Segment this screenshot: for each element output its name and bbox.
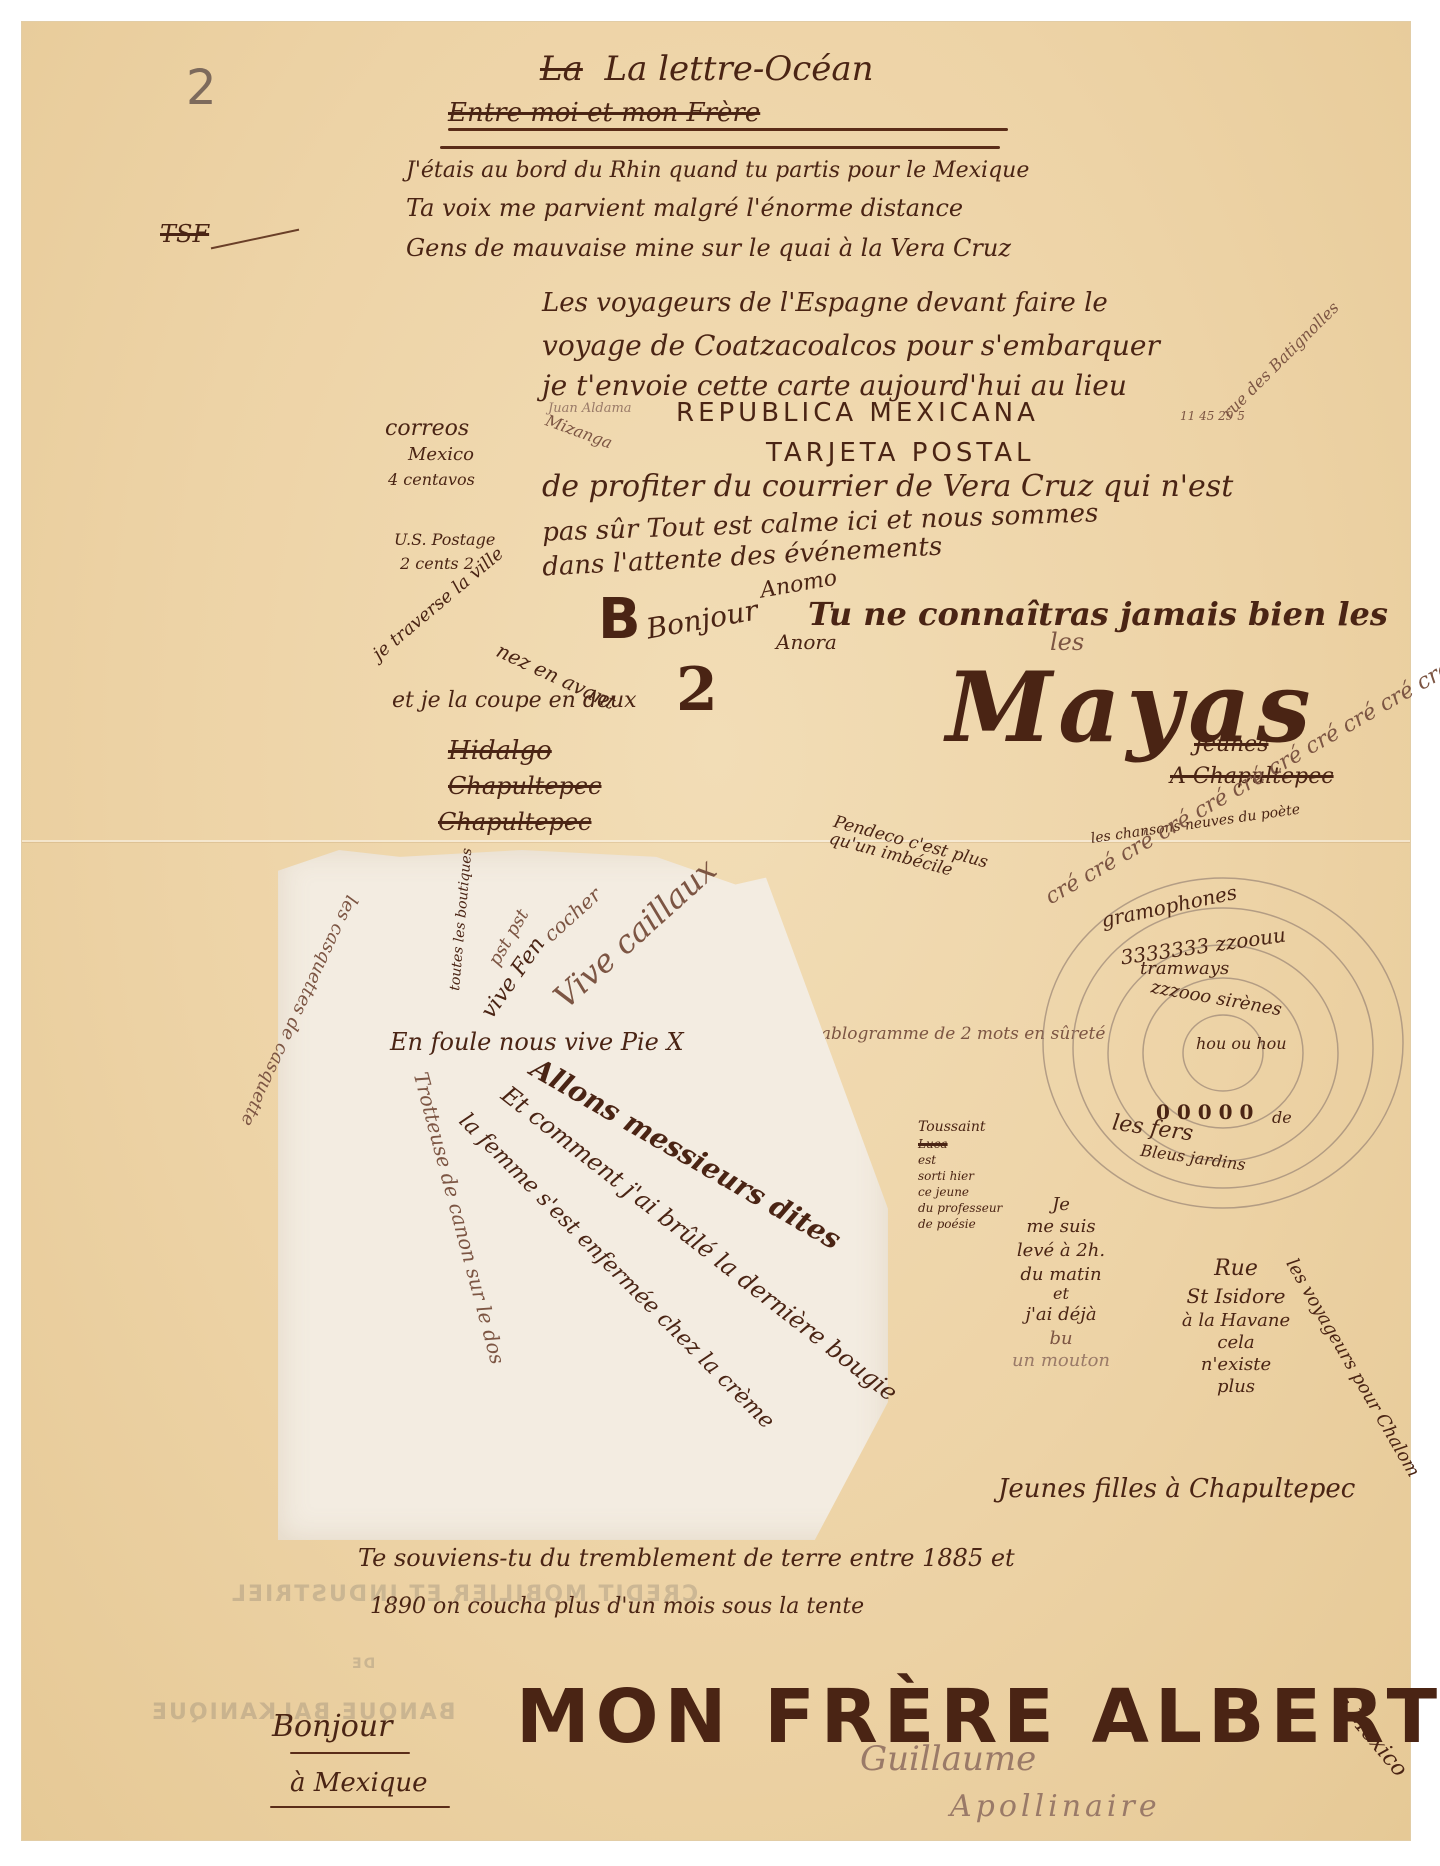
- crossed-word-3: Chapultepec: [438, 810, 591, 834]
- postcard-side-note: Juan Aldama: [548, 402, 632, 415]
- spiral-zeros: 0 0 0 0 0: [1156, 1102, 1253, 1122]
- rue-line: n'existe: [1176, 1356, 1296, 1374]
- crossed-word-1: Hidalgo: [448, 738, 552, 764]
- toussaint-line: Toussaint: [918, 1120, 1002, 1134]
- je-suis-line: levé à 2h.: [996, 1242, 1126, 1260]
- title-text: [594, 49, 605, 89]
- toussaint-line: du professeur: [918, 1202, 1002, 1214]
- anora: Anora: [776, 632, 837, 652]
- opening-line-2: Ta voix me parvient malgré l'énorme dist…: [406, 196, 963, 220]
- rue-line: plus: [1176, 1378, 1296, 1396]
- bank-stamp-de: DE: [350, 1656, 375, 1672]
- bottom-line-2: 1890 on coucha plus d'un mois sous la te…: [370, 1596, 864, 1618]
- je-suis-line: j'ai déjà: [996, 1306, 1126, 1324]
- subtitle-crossed: Entre moi et mon Frère: [448, 100, 760, 126]
- rue-line: Rue: [1176, 1258, 1296, 1280]
- signature-guillaume: Guillaume: [860, 1742, 1036, 1776]
- opening-line-3: Gens de mauvaise mine sur le quai à la V…: [406, 236, 1011, 260]
- bottom-a-mexique: à Mexique: [290, 1770, 428, 1796]
- block2-line-3: je t'envoie cette carte aujourd'hui au l…: [542, 372, 1127, 400]
- toussaint-line: ce jeune: [918, 1186, 1002, 1198]
- block2-line-1: Les voyageurs de l'Espagne devant faire …: [542, 290, 1108, 316]
- bonjour-initial: B: [598, 592, 641, 648]
- spiral-de: de: [1272, 1110, 1292, 1126]
- signature-apollinaire: Apollinaire: [950, 1792, 1161, 1822]
- rue-block: Rue St Isidore à la Havane cela n'existe…: [1176, 1258, 1296, 1396]
- rue-line: à la Havane: [1176, 1312, 1296, 1330]
- je-suis-line: et: [996, 1286, 1126, 1302]
- je-suis-line: bu: [996, 1330, 1126, 1348]
- rue-line: St Isidore: [1176, 1286, 1296, 1306]
- tu-ne-connaitras: Tu ne connaîtras jamais bien les: [808, 598, 1388, 630]
- spiral-tramways: tramways: [1140, 960, 1229, 978]
- toussaint-line: est: [918, 1154, 1002, 1166]
- correos: correos: [385, 418, 469, 440]
- crossed-word-2: Chapultepec: [448, 774, 601, 798]
- page-number: 2: [186, 60, 217, 116]
- toussaint-block: Toussaint Luca est sorti hier ce jeune d…: [918, 1120, 1002, 1230]
- collage-ray-en-foule: En foule nous vive Pie X: [390, 1030, 684, 1054]
- mexique-underline: [270, 1806, 450, 1808]
- tsf-mark: TSF: [160, 222, 209, 246]
- bottom-line-1: Te souviens-tu du tremblement de terre e…: [358, 1546, 1015, 1570]
- toussaint-line: sorti hier: [918, 1170, 1002, 1182]
- spiral-center: hou ou hou: [1196, 1036, 1287, 1052]
- rue-line: cela: [1176, 1334, 1296, 1352]
- toussaint-line: Luca: [918, 1138, 1002, 1150]
- title-crossed-prefix: La: [540, 49, 583, 89]
- pyramid-base: et je la coupe en deux: [392, 690, 637, 712]
- title-underline-2: [440, 146, 1000, 149]
- toussaint-line: de poésie: [918, 1218, 1002, 1230]
- jeunes-filles: Jeunes filles à Chapultepec: [998, 1476, 1355, 1502]
- block2-line-2: voyage de Coatzacoalcos pour s'embarquer: [542, 332, 1160, 360]
- block2-line-4: de profiter du courrier de Vera Cruz qui…: [542, 472, 1233, 502]
- je-suis-line: du matin: [996, 1266, 1126, 1284]
- us-postage: U.S. Postage: [394, 532, 495, 548]
- digit-2: 2: [676, 660, 718, 720]
- tarjeta-postal: TARJETA POSTAL: [766, 440, 1035, 466]
- title-underline-1: [448, 128, 1008, 131]
- opening-line-1: J'étais au bord du Rhin quand tu partis …: [406, 160, 1029, 182]
- mayas-crossed-1: Jeunes: [1194, 734, 1269, 756]
- republica-mexicana: REPUBLICA MEXICANA: [676, 400, 1039, 426]
- title-main: La lettre-Océan: [604, 49, 873, 89]
- title: La La lettre-Océan: [540, 52, 874, 86]
- paper-fold-line: [22, 840, 1410, 842]
- bonjour-underline: [290, 1752, 410, 1754]
- bottom-bonjour: Bonjour: [272, 1712, 392, 1742]
- je-suis-line: un mouton: [996, 1352, 1126, 1370]
- correos-mexico: Mexico: [408, 446, 474, 464]
- correos-centavos: 4 centavos: [388, 472, 475, 488]
